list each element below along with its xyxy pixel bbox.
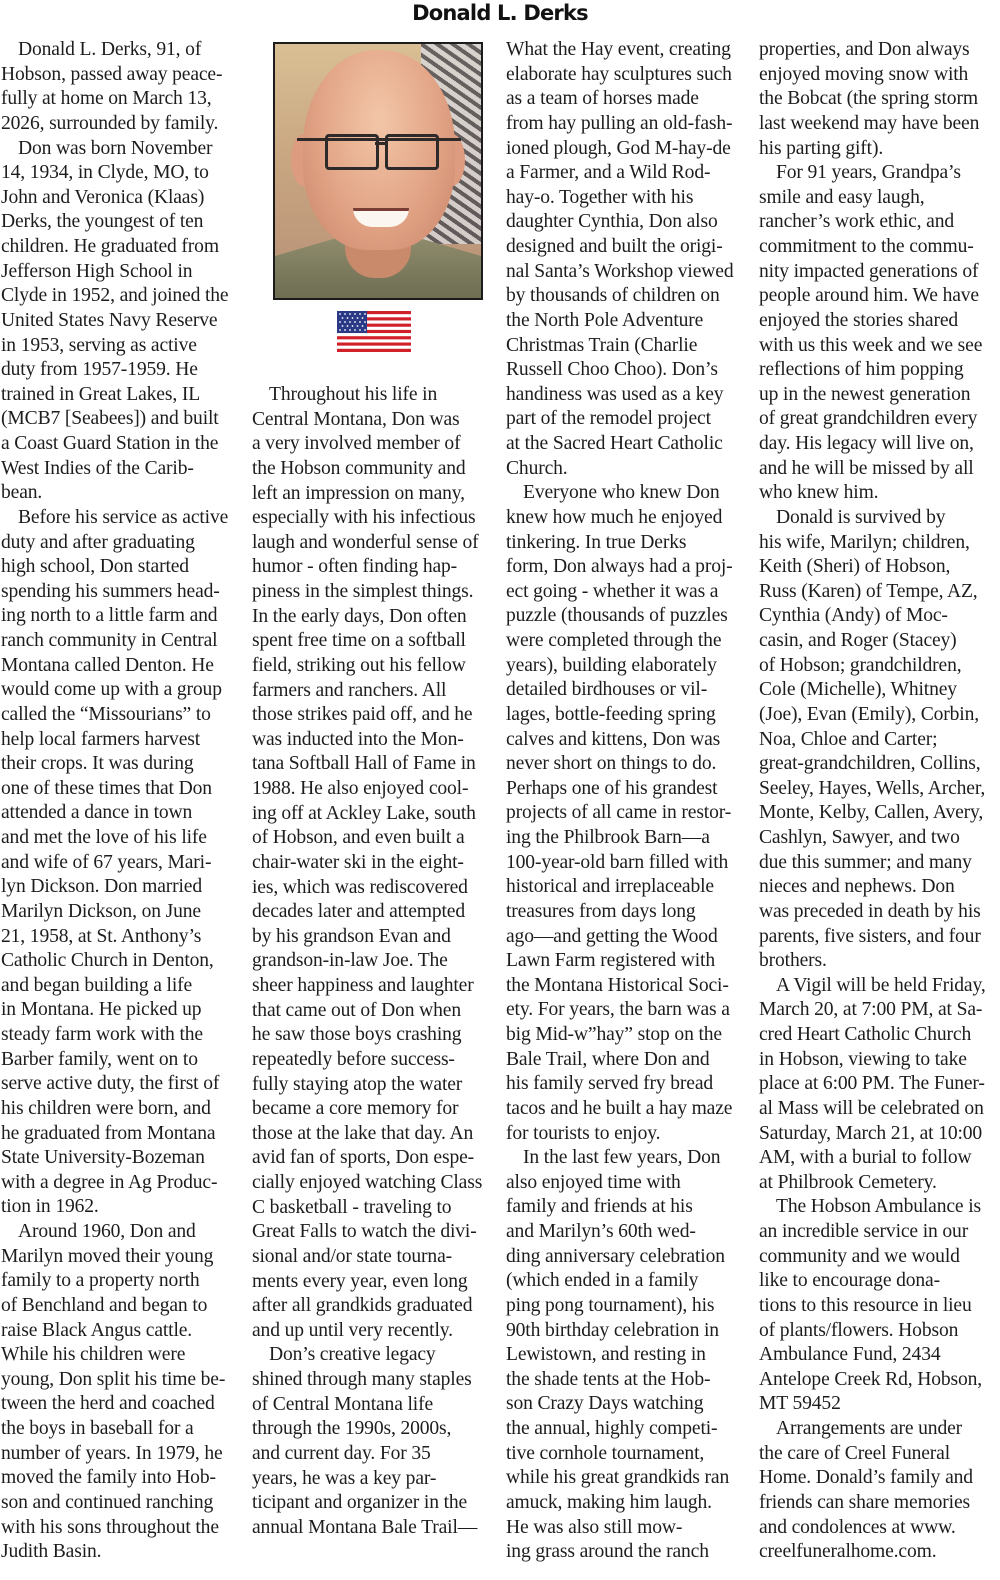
column-3: What the Hay event, creatingelaborate ha… — [506, 38, 746, 1565]
text-line: especially with his infectious — [252, 506, 492, 531]
us-flag-icon — [337, 311, 411, 352]
text-line: tween the herd and coached — [1, 1392, 241, 1417]
text-line: friends can share memories — [759, 1491, 999, 1516]
text-line: son and continued ranching — [1, 1491, 241, 1516]
text-line: ing grass around the ranch — [506, 1540, 746, 1565]
text-line: nieces and nephews. Don — [759, 875, 999, 900]
text-line: form, Don always had a proj- — [506, 555, 746, 580]
text-line: the Bobcat (the spring storm — [759, 87, 999, 112]
text-line: in Montana. He picked up — [1, 998, 241, 1023]
text-line: 21, 1958, at St. Anthony’s — [1, 925, 241, 950]
text-line: was preceded in death by his — [759, 900, 999, 925]
text-line: big Mid-w”hay” stop on the — [506, 1023, 746, 1048]
text-line: of Hobson, and even built a — [252, 826, 492, 851]
text-line: the North Pole Adventure — [506, 309, 746, 334]
text-line: bean. — [1, 481, 241, 506]
text-line: sional and/or state tourna- — [252, 1245, 492, 1270]
text-line: Church. — [506, 457, 746, 482]
text-line: tion in 1962. — [1, 1195, 241, 1220]
glasses-right-lens — [385, 134, 439, 170]
text-line: and he will be missed by all — [759, 457, 999, 482]
text-line: and wife of 67 years, Mari- — [1, 851, 241, 876]
paragraph-start-line: Arrangements are under — [759, 1417, 999, 1442]
text-line: ticipant and organizer in the — [252, 1491, 492, 1516]
text-line: ing off at Ackley Lake, south — [252, 802, 492, 827]
text-line: years, he was a key par- — [252, 1467, 492, 1492]
text-line: (MCB7 [Seabees]) and built — [1, 407, 241, 432]
text-line: ments every year, even long — [252, 1270, 492, 1295]
text-line: Hobson, passed away peace- — [1, 63, 241, 88]
text-line: ding anniversary celebration — [506, 1245, 746, 1270]
text-line: tana Softball Hall of Fame in — [252, 752, 492, 777]
text-line: State University-Bozeman — [1, 1146, 241, 1171]
text-line: last weekend may have been — [759, 112, 999, 137]
text-line: shined through many staples — [252, 1368, 492, 1393]
text-line: Cole (Michelle), Whitney — [759, 678, 999, 703]
text-line: nity impacted generations of — [759, 260, 999, 285]
text-line: those at the lake that day. An — [252, 1122, 492, 1147]
text-line: who knew him. — [759, 481, 999, 506]
text-line: March 20, at 7:00 PM, at Sa- — [759, 998, 999, 1023]
text-line: ping pong tournament), his — [506, 1294, 746, 1319]
text-line: also enjoyed time with — [506, 1171, 746, 1196]
text-line: was inducted into the Mon- — [252, 728, 492, 753]
text-line: projects of all came in restor- — [506, 801, 746, 826]
text-line: Derks, the youngest of ten — [1, 210, 241, 235]
paragraph-start-line: Donald L. Derks, 91, of — [1, 38, 241, 63]
text-line: and began building a life — [1, 974, 241, 999]
text-line: 14, 1934, in Clyde, MO, to — [1, 161, 241, 186]
text-line: ect going - whether it was a — [506, 580, 746, 605]
text-line: Judith Basin. — [1, 1540, 241, 1565]
text-line: (Joe), Evan (Emily), Corbin, — [759, 703, 999, 728]
text-line: 2026, surrounded by family. — [1, 112, 241, 137]
text-line: farmers and ranchers. All — [252, 679, 492, 704]
text-line: reflections of him popping — [759, 358, 999, 383]
text-line: years), building elaborately — [506, 654, 746, 679]
text-line: knew how much he enjoyed — [506, 506, 746, 531]
text-line: children. He graduated from — [1, 235, 241, 260]
paragraph-start-line: Around 1960, Don and — [1, 1220, 241, 1245]
text-line: became a core memory for — [252, 1097, 492, 1122]
text-line: in Hobson, viewing to take — [759, 1048, 999, 1073]
text-line: 90th birthday celebration in — [506, 1319, 746, 1344]
text-line: a very involved member of — [252, 432, 492, 457]
text-line: his wife, Marilyn; children, — [759, 531, 999, 556]
column-4: properties, and Don alwaysenjoyed moving… — [759, 38, 999, 1565]
text-line: never short on things to do. — [506, 752, 746, 777]
text-line: parents, five sisters, and four — [759, 925, 999, 950]
paragraph-start-line: Don’s creative legacy — [252, 1343, 492, 1368]
text-line: Noa, Chloe and Carter; — [759, 728, 999, 753]
text-line: fully at home on March 13, — [1, 87, 241, 112]
text-line: humor - often finding hap- — [252, 555, 492, 580]
text-line: number of years. In 1979, he — [1, 1442, 241, 1467]
text-line: What the Hay event, creating — [506, 38, 746, 63]
text-line: due this summer; and many — [759, 851, 999, 876]
text-line: and met the love of his life — [1, 826, 241, 851]
text-line: in 1953, serving as active — [1, 334, 241, 359]
text-line: raise Black Angus cattle. — [1, 1319, 241, 1344]
text-line: John and Veronica (Klaas) — [1, 186, 241, 211]
text-line: Cashlyn, Sawyer, and two — [759, 826, 999, 851]
text-line: son Crazy Days watching — [506, 1392, 746, 1417]
text-line: spent free time on a softball — [252, 629, 492, 654]
text-line: Saturday, March 21, at 10:00 — [759, 1122, 999, 1147]
text-line: piness in the simplest things. — [252, 580, 492, 605]
text-line: chair-water ski in the eight- — [252, 851, 492, 876]
text-line: at Philbrook Cemetery. — [759, 1171, 999, 1196]
text-line: rancher’s work ethic, and — [759, 210, 999, 235]
text-line: nal Santa’s Workshop viewed — [506, 260, 746, 285]
text-line: through the 1990s, 2000s, — [252, 1417, 492, 1442]
text-line: lages, bottle-feeding spring — [506, 703, 746, 728]
text-line: ago—and getting the Wood — [506, 925, 746, 950]
text-line: 100-year-old barn filled with — [506, 851, 746, 876]
text-line: left an impression on many, — [252, 482, 492, 507]
text-line: the annual, highly competi- — [506, 1417, 746, 1442]
text-line: Lewistown, and resting in — [506, 1343, 746, 1368]
text-line: spending his summers head- — [1, 580, 241, 605]
text-line: his family served fry bread — [506, 1072, 746, 1097]
text-line: Keith (Sheri) of Hobson, — [759, 555, 999, 580]
text-line: with us this week and we see — [759, 334, 999, 359]
text-line: of Hobson; grandchildren, — [759, 654, 999, 679]
text-line: While his children were — [1, 1343, 241, 1368]
text-line: Home. Donald’s family and — [759, 1466, 999, 1491]
text-line: of Benchland and began to — [1, 1294, 241, 1319]
text-line: up in the newest generation — [759, 383, 999, 408]
text-line: amuck, making him laugh. — [506, 1491, 746, 1516]
text-line: properties, and Don always — [759, 38, 999, 63]
text-line: for tourists to enjoy. — [506, 1122, 746, 1147]
text-line: fully staying atop the water — [252, 1073, 492, 1098]
text-line: Clyde in 1952, and joined the — [1, 284, 241, 309]
text-line: trained in Great Lakes, IL — [1, 383, 241, 408]
paragraph-start-line: In the last few years, Don — [506, 1146, 746, 1171]
text-line: community and we would — [759, 1245, 999, 1270]
text-line: Russell Choo Choo). Don’s — [506, 358, 746, 383]
text-line: Marilyn Dickson, on June — [1, 900, 241, 925]
paragraph-start-line: Donald is survived by — [759, 506, 999, 531]
text-line: attended a dance in town — [1, 801, 241, 826]
text-line: He was also still mow- — [506, 1516, 746, 1541]
text-line: al Mass will be celebrated on — [759, 1097, 999, 1122]
text-line: one of these times that Don — [1, 777, 241, 802]
text-line: the Montana Historical Soci- — [506, 974, 746, 999]
text-line: avid fan of sports, Don espe- — [252, 1146, 492, 1171]
text-line: Russ (Karen) of Tempe, AZ, — [759, 580, 999, 605]
text-line: Barber family, went on to — [1, 1048, 241, 1073]
text-line: Bale Trail, where Don and — [506, 1048, 746, 1073]
text-line: moved the family into Hob- — [1, 1466, 241, 1491]
text-line: ety. For years, the barn was a — [506, 998, 746, 1023]
text-line: part of the remodel project — [506, 407, 746, 432]
text-line: Great Falls to watch the divi- — [252, 1220, 492, 1245]
text-line: field, striking out his fellow — [252, 654, 492, 679]
text-line: casin, and Roger (Stacey) — [759, 629, 999, 654]
text-line: Jefferson High School in — [1, 260, 241, 285]
obituary-title: Donald L. Derks — [0, 0, 1000, 30]
text-line: of plants/flowers. Hobson — [759, 1319, 999, 1344]
text-line: family to a property north — [1, 1269, 241, 1294]
text-line: his parting gift). — [759, 137, 999, 162]
text-line: a Coast Guard Station in the — [1, 432, 241, 457]
text-line: ing north to a little farm and — [1, 604, 241, 629]
text-line: the Hobson community and — [252, 457, 492, 482]
text-line: tacos and he built a hay maze — [506, 1097, 746, 1122]
text-line: repeatedly before success- — [252, 1048, 492, 1073]
text-line: Monte, Kelby, Callen, Avery, — [759, 801, 999, 826]
glasses-bridge — [375, 142, 387, 145]
text-line: and up until very recently. — [252, 1319, 492, 1344]
text-line: with his sons throughout the — [1, 1516, 241, 1541]
glasses-left-lens — [325, 134, 379, 170]
text-line: and condolences at www. — [759, 1516, 999, 1541]
text-line: daughter Cynthia, Don also — [506, 210, 746, 235]
text-line: Central Montana, Don was — [252, 408, 492, 433]
text-line: handiness was used as a key — [506, 383, 746, 408]
text-line: Cynthia (Andy) of Moc- — [759, 604, 999, 629]
text-line: place at 6:00 PM. The Funer- — [759, 1072, 999, 1097]
text-line: hay-o. Together with his — [506, 186, 746, 211]
text-line: AM, with a burial to follow — [759, 1146, 999, 1171]
text-line: from hay pulling an old-fash- — [506, 112, 746, 137]
text-line: sheer happiness and laughter — [252, 974, 492, 999]
text-line: like to encourage dona- — [759, 1269, 999, 1294]
text-line: elaborate hay sculptures such — [506, 63, 746, 88]
text-line: the care of Creel Funeral — [759, 1442, 999, 1467]
text-line: 1988. He also enjoyed cool- — [252, 777, 492, 802]
text-line: MT 59452 — [759, 1392, 999, 1417]
text-line: treasures from days long — [506, 900, 746, 925]
paragraph-start-line: Before his service as active — [1, 506, 241, 531]
text-line: he graduated from Montana — [1, 1122, 241, 1147]
text-line: day. His legacy will live on, — [759, 432, 999, 457]
text-line: enjoyed the stories shared — [759, 309, 999, 334]
text-line: tinkering. In true Derks — [506, 531, 746, 556]
text-line: smile and easy laugh, — [759, 186, 999, 211]
text-line: Perhaps one of his grandest — [506, 777, 746, 802]
text-line: enjoyed moving snow with — [759, 63, 999, 88]
text-line: and current day. For 35 — [252, 1442, 492, 1467]
text-line: ies, which was rediscovered — [252, 876, 492, 901]
text-line: cially enjoyed watching Class — [252, 1171, 492, 1196]
text-line: detailed birdhouses or vil- — [506, 678, 746, 703]
column-1: Donald L. Derks, 91, ofHobson, passed aw… — [1, 38, 241, 1565]
text-line: high school, Don started — [1, 555, 241, 580]
text-line: Antelope Creek Rd, Hobson, — [759, 1368, 999, 1393]
text-line: after all grandkids graduated — [252, 1294, 492, 1319]
column-2: Throughout his life inCentral Montana, D… — [252, 383, 492, 1540]
text-line: United States Navy Reserve — [1, 309, 241, 334]
text-line: family and friends at his — [506, 1195, 746, 1220]
text-line: steady farm work with the — [1, 1023, 241, 1048]
text-line: with a degree in Ag Produc- — [1, 1171, 241, 1196]
text-line: the boys in baseball for a — [1, 1417, 241, 1442]
paragraph-start-line: For 91 years, Grandpa’s — [759, 161, 999, 186]
text-line: Christmas Train (Charlie — [506, 334, 746, 359]
text-line: Montana called Denton. He — [1, 654, 241, 679]
text-line: young, Don split his time be- — [1, 1368, 241, 1393]
text-line: ranch community in Central — [1, 629, 241, 654]
text-line: by his grandson Evan and — [252, 925, 492, 950]
text-line: an incredible service in our — [759, 1220, 999, 1245]
text-line: great-grandchildren, Collins, — [759, 752, 999, 777]
text-line: Lawn Farm registered with — [506, 949, 746, 974]
text-line: ioned plough, God M-hay-de — [506, 137, 746, 162]
text-line: that came out of Don when — [252, 999, 492, 1024]
text-line: tive cornhole tournament, — [506, 1442, 746, 1467]
text-line: ing the Philbrook Barn—a — [506, 826, 746, 851]
text-line: puzzle (thousands of puzzles — [506, 604, 746, 629]
text-line: calves and kittens, Don was — [506, 728, 746, 753]
text-line: people around him. We have — [759, 284, 999, 309]
text-line: help local farmers harvest — [1, 728, 241, 753]
text-line: those strikes paid off, and he — [252, 703, 492, 728]
text-line: of great grandchildren every — [759, 407, 999, 432]
text-line: by thousands of children on — [506, 284, 746, 309]
text-line: duty and after graduating — [1, 531, 241, 556]
text-line: serve active duty, the first of — [1, 1072, 241, 1097]
text-line: Marilyn moved their young — [1, 1245, 241, 1270]
text-line: brothers. — [759, 949, 999, 974]
text-line: Ambulance Fund, 2434 — [759, 1343, 999, 1368]
text-line: Seeley, Hayes, Wells, Archer, — [759, 777, 999, 802]
text-line: their crops. It was during — [1, 752, 241, 777]
paragraph-start-line: Don was born November — [1, 137, 241, 162]
text-line: historical and irreplaceable — [506, 875, 746, 900]
text-line: West Indies of the Carib- — [1, 457, 241, 482]
text-line: C basketball - traveling to — [252, 1196, 492, 1221]
text-line: creelfuneralhome.com. — [759, 1540, 999, 1565]
text-line: In the early days, Don often — [252, 605, 492, 630]
text-line: at the Sacred Heart Catholic — [506, 432, 746, 457]
paragraph-start-line: Throughout his life in — [252, 383, 492, 408]
text-line: designed and built the origi- — [506, 235, 746, 260]
portrait-photo — [273, 42, 483, 300]
paragraph-start-line: Everyone who knew Don — [506, 481, 746, 506]
text-line: tions to this resource in lieu — [759, 1294, 999, 1319]
text-line: annual Montana Bale Trail— — [252, 1516, 492, 1541]
text-line: of Central Montana life — [252, 1393, 492, 1418]
text-line: grandson-in-law Joe. The — [252, 949, 492, 974]
paragraph-start-line: A Vigil will be held Friday, — [759, 974, 999, 999]
text-line: he saw those boys crashing — [252, 1023, 492, 1048]
text-line: and Marilyn’s 60th wed- — [506, 1220, 746, 1245]
text-line: a Farmer, and a Wild Rod- — [506, 161, 746, 186]
text-line: as a team of horses made — [506, 87, 746, 112]
text-line: commitment to the commu- — [759, 235, 999, 260]
text-line: would come up with a group — [1, 678, 241, 703]
text-line: his children were born, and — [1, 1097, 241, 1122]
text-line: while his great grandkids ran — [506, 1466, 746, 1491]
text-line: lyn Dickson. Don married — [1, 875, 241, 900]
text-line: called the “Missourians” to — [1, 703, 241, 728]
text-line: the shade tents at the Hob- — [506, 1368, 746, 1393]
text-line: decades later and attempted — [252, 900, 492, 925]
text-line: laugh and wonderful sense of — [252, 531, 492, 556]
paragraph-start-line: The Hobson Ambulance is — [759, 1195, 999, 1220]
text-line: (which ended in a family — [506, 1269, 746, 1294]
text-line: were completed through the — [506, 629, 746, 654]
text-line: cred Heart Catholic Church — [759, 1023, 999, 1048]
text-line: Catholic Church in Denton, — [1, 949, 241, 974]
text-line: duty from 1957-1959. He — [1, 358, 241, 383]
